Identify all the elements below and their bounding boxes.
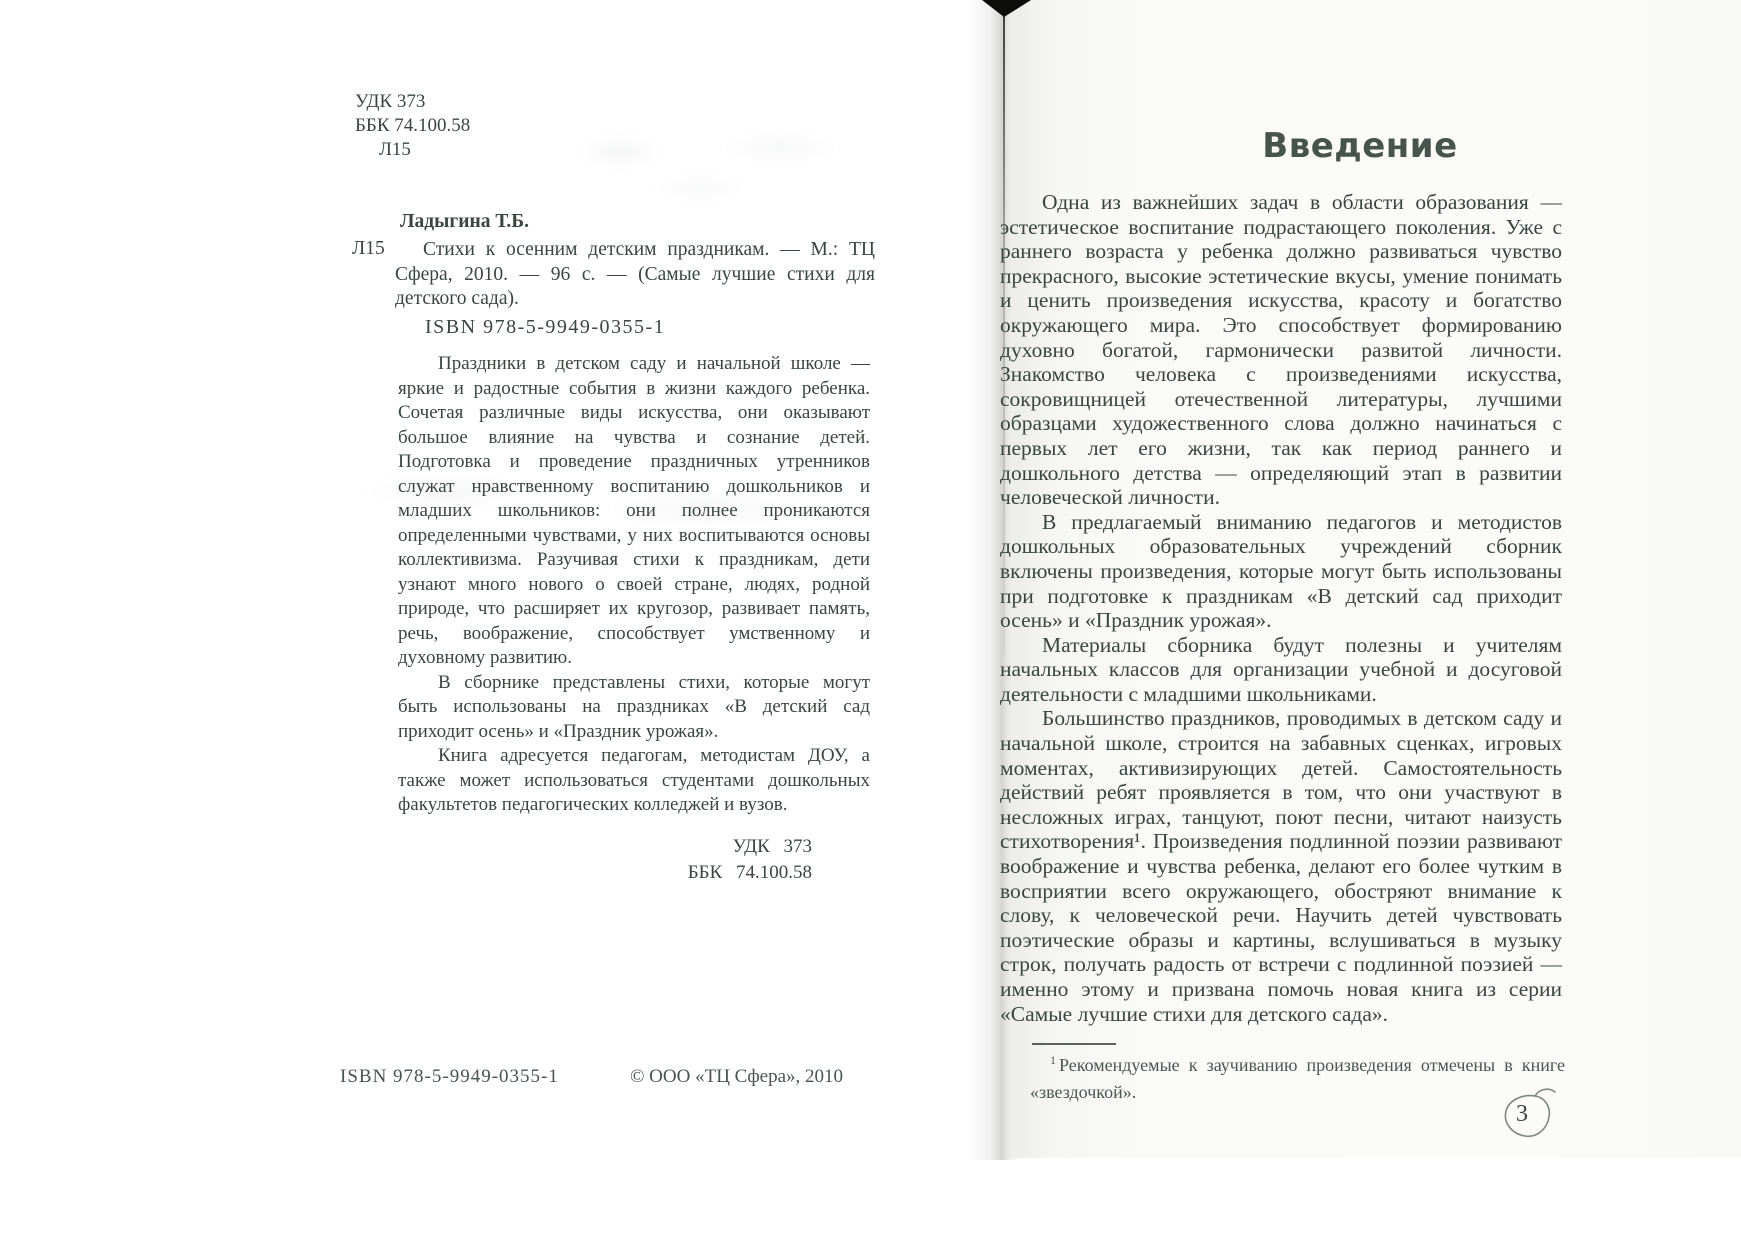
book-spread-scan: УДК 373 ББК 74.100.58 Л15 Ладыгина Т.Б. … bbox=[0, 0, 1741, 1241]
bbk-code-bottom: ББК 74.100.58 bbox=[398, 860, 812, 886]
scan-top-dark-artifact bbox=[982, 0, 1031, 17]
isbn-number: ISBN 978-5-9949-0355-1 bbox=[425, 316, 665, 339]
intro-paragraph: Большинство праздников, проводимых в дет… bbox=[1000, 706, 1562, 1026]
chapter-heading: Введение bbox=[1000, 126, 1570, 166]
footnote-text: Рекомендуемые к заучиванию произведения … bbox=[1030, 1055, 1565, 1102]
intro-paragraph: Одна из важнейших задач в области образо… bbox=[1000, 190, 1562, 510]
copyright-line: © ООО «ТЦ Сфера», 2010 bbox=[630, 1066, 843, 1088]
isbn-bottom: ISBN 978-5-9949-0355-1 bbox=[340, 1066, 559, 1088]
udc-code: УДК 373 bbox=[355, 90, 470, 114]
footnote-separator bbox=[1032, 1043, 1116, 1045]
page-number: 3 bbox=[1494, 1090, 1550, 1138]
page-number-ornament: 3 bbox=[1494, 1084, 1560, 1142]
classification-codes-top: УДК 373 ББК 74.100.58 Л15 bbox=[355, 90, 470, 162]
footnote: 1Рекомендуемые к заучиванию произведения… bbox=[1030, 1052, 1565, 1106]
annotation-paragraph: Праздники в детском саду и начальной шко… bbox=[398, 352, 870, 671]
bleed-through-artifact bbox=[520, 120, 920, 210]
intro-paragraph: Материалы сборника будут полезны и учите… bbox=[1000, 633, 1562, 707]
udc-code-bottom: УДК 373 bbox=[398, 834, 812, 860]
bibliographic-entry: Стихи к осенним детским праздникам. — М.… bbox=[395, 238, 875, 312]
bbk-code: ББК 74.100.58 bbox=[355, 114, 470, 138]
classification-codes-bottom: УДК 373 ББК 74.100.58 bbox=[398, 834, 870, 886]
introduction-text: Одна из важнейших задач в области образо… bbox=[1000, 190, 1562, 1026]
footnote-marker: 1 bbox=[1050, 1053, 1056, 1067]
author-sign-code: Л15 bbox=[379, 138, 470, 162]
annotation-paragraph: В сборнике представлены стихи, которые м… bbox=[398, 671, 870, 745]
intro-paragraph: В предлагаемый вниманию педагогов и мето… bbox=[1000, 510, 1562, 633]
author-name: Ладыгина Т.Б. bbox=[400, 211, 529, 233]
annotation-text: Праздники в детском саду и начальной шко… bbox=[398, 352, 870, 818]
annotation-paragraph: Книга адресуется педагогам, методистам Д… bbox=[398, 744, 870, 818]
bib-entry-label: Л15 bbox=[352, 238, 385, 260]
annotation-block: Праздники в детском саду и начальной шко… bbox=[398, 352, 870, 886]
